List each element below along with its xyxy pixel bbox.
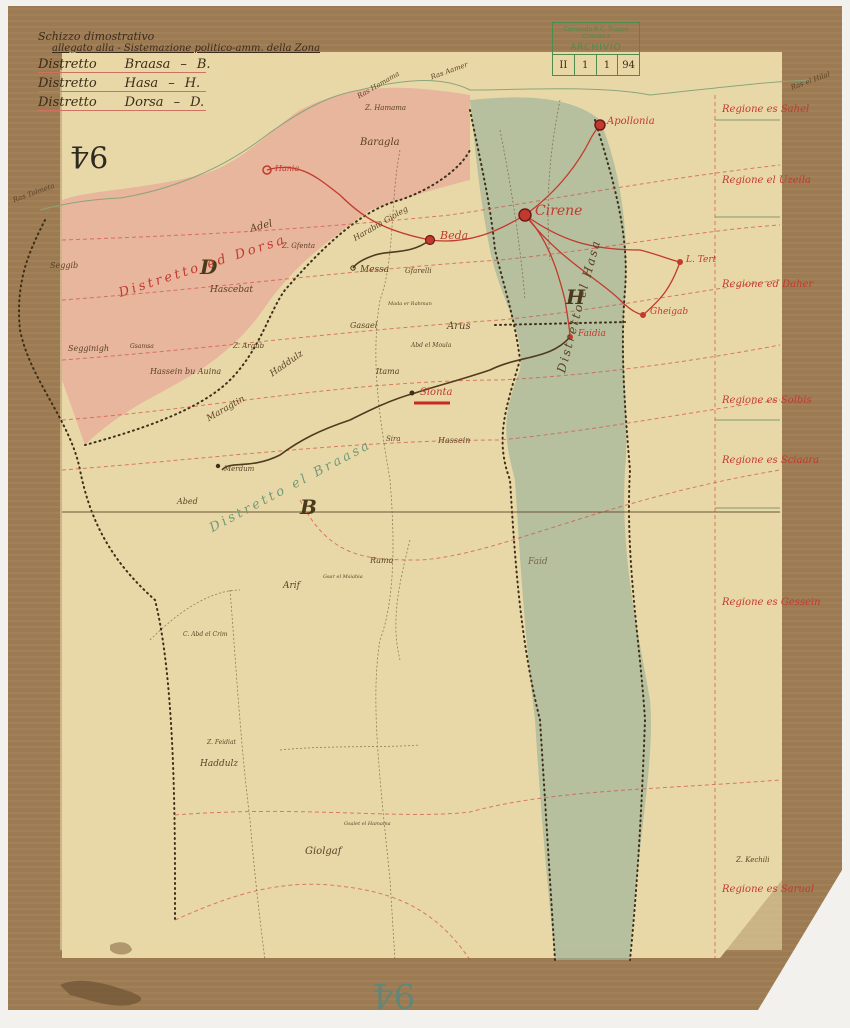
place-label: Rama [370,557,393,565]
town-label: Faidia [578,330,606,339]
place-label: Haddulz [200,760,238,769]
town-label: Apollonia [607,117,655,127]
place-label: Z. Argub [233,343,264,350]
place-label: Gsamsa [130,344,154,350]
town-label: L. Tert [686,256,716,265]
region-label: Regione es Sarual [722,884,814,895]
region-label: Regione es Sahel [722,104,809,115]
place-label: Arif [283,582,300,591]
town-label: Cirene [535,204,582,218]
stamp-cell: 1 [597,55,619,75]
region-label: Regione el Uzeila [722,175,811,186]
bottom-mark-inverted: 94 [372,975,415,1015]
place-label: Faid [528,558,548,567]
stamp-cell: II [553,55,575,75]
place-label: Itama [376,368,400,376]
legend-row-name: Braasa [125,57,171,72]
legend-row-label: Distretto [38,95,97,110]
region-label: Regione es Sciaara [722,455,819,466]
place-label: Gfarelli [405,268,432,275]
town-label: Hania [275,165,299,173]
legend-dash: – [168,76,175,91]
place-label: Z. Feidiat [207,740,236,746]
place-label: Hassein [438,437,470,445]
town-label: Slonta [420,388,453,398]
legend-row-braasa: Distretto Braasa – B. [38,57,206,73]
place-label: Z. Gfenta [282,243,315,250]
legend-row-label: Distretto [38,57,97,72]
town-label: Merdum [224,466,254,473]
legend-row-code: H. [185,76,200,91]
stamp-cell: 94 [618,55,639,75]
legend-row-label: Distretto [38,76,97,91]
sheet-number-inverted: 94 [70,138,108,173]
place-label: Sira [386,436,401,443]
legend-dash: – [180,57,187,72]
place-label: Hassein bu Auina [150,368,221,376]
stamp-label: ARCHIVIO [553,43,639,53]
stamp-header: Comando R.C. Truppe Cirenaica [553,26,639,40]
place-label: Segginigh [68,345,109,353]
place-label: Abd el Moula [411,343,451,349]
town-label: Messa [360,266,389,275]
region-label: Regione es Gessein [722,597,821,608]
legend-dash: – [174,95,181,110]
place-label: Mada er Rahman [388,302,432,307]
map-legend: Schizzo dimostrativo allegato alla - Sis… [38,30,320,111]
legend-row-name: Dorsa [125,95,164,110]
place-label: C. Abd el Crim [183,632,228,638]
region-label: Regione es Solbis [722,395,812,406]
legend-title: Schizzo dimostrativo [38,30,320,43]
archive-stamp: Comando R.C. Truppe Cirenaica ARCHIVIO I… [552,22,640,76]
place-label: Seggib [50,262,78,270]
place-label: Arus [447,322,471,332]
place-label: Giolgaf [305,847,341,857]
place-label: Gsar el Msiahia [323,575,363,580]
legend-subtitle: allegato alla - Sistemazione politico-am… [52,43,320,54]
legend-row-dorsa: Distretto Dorsa – D. [38,95,206,111]
place-label: Abed [177,498,198,506]
place-label: Baragla [360,138,400,148]
legend-row-name: Hasa [125,76,159,91]
place-label: Z. Kechili [736,857,770,864]
map-sheet [0,0,850,1028]
district-code-b: B [300,495,317,519]
place-label: Gsalet el Hamama [344,822,391,827]
place-label: Hascebat [210,286,253,295]
stamp-cell: 1 [575,55,597,75]
town-label: Gheigab [650,308,688,317]
region-label: Regione ed Daher [722,279,813,290]
place-label: Z. Hamama [365,105,406,112]
town-label: Beda [440,230,468,241]
legend-row-code: D. [190,95,204,110]
place-label: Gasael [350,322,377,330]
legend-row-hasa: Distretto Hasa – H. [38,76,206,92]
legend-row-code: B. [197,57,211,72]
